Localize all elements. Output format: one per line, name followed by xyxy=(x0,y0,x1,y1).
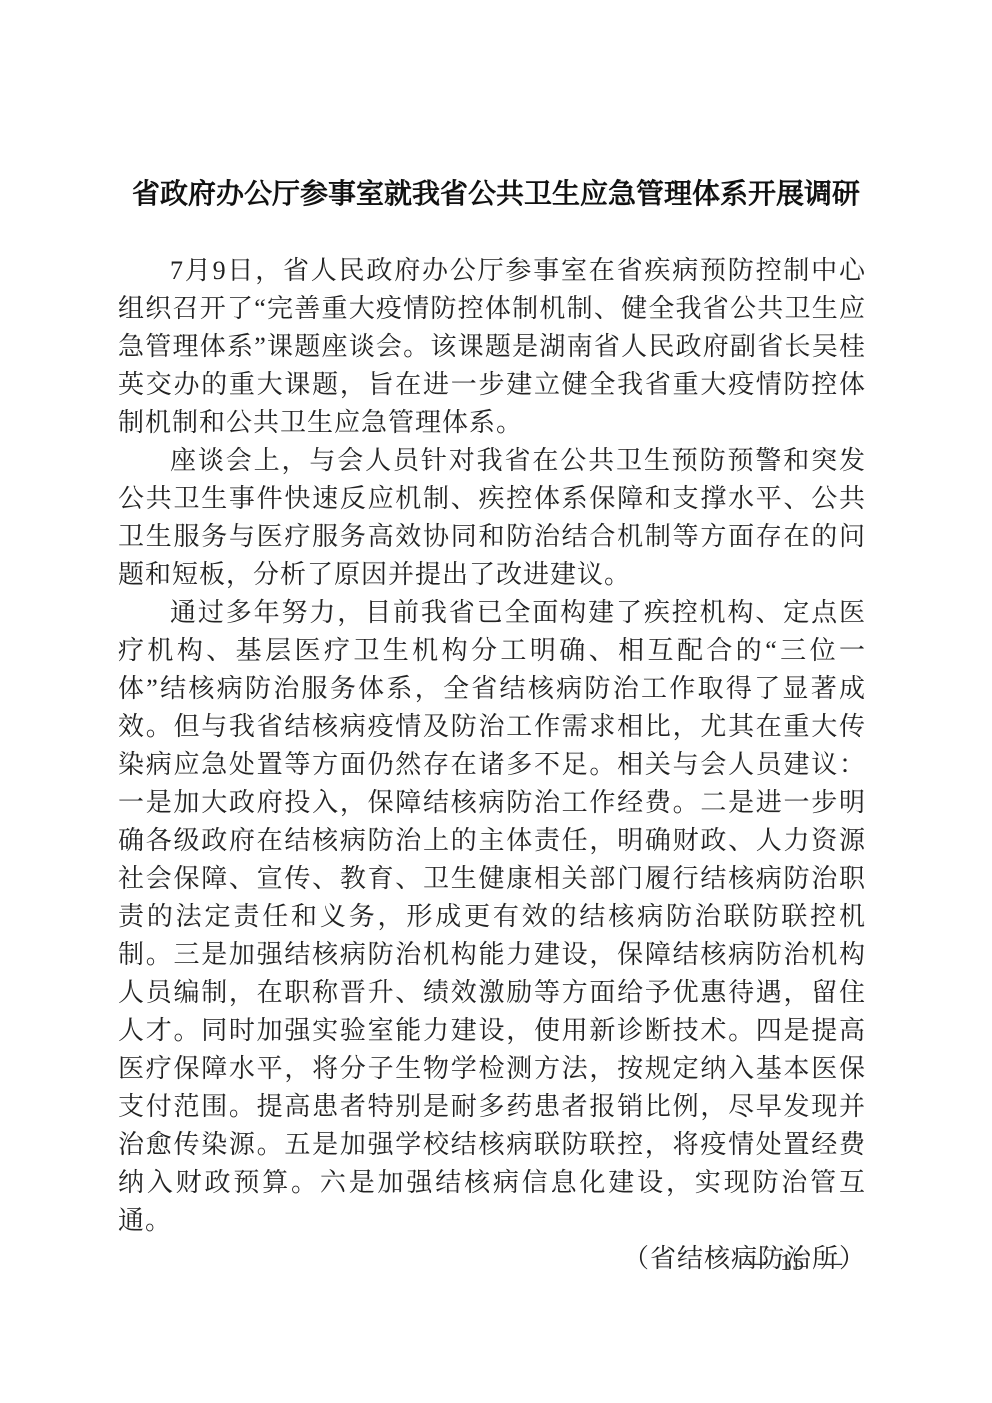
paragraph-discussion-issues: 座谈会上，与会人员针对我省在公共卫生预防预警和突发公共卫生事件快速反应机制、疾控… xyxy=(118,442,866,594)
document-title: 省政府办公厅参事室就我省公共卫生应急管理体系开展调研 xyxy=(60,178,932,210)
paragraph-meeting-overview: 7月9日，省人民政府办公厅参事室在省疾病预防控制中心组织召开了“完善重大疫情防控… xyxy=(118,252,866,442)
page-number-left-dash: — xyxy=(742,1250,766,1276)
document-page: 省政府办公厅参事室就我省公共卫生应急管理体系开展调研 7月9日，省人民政府办公厅… xyxy=(0,0,992,1403)
paragraph-tb-prevention-suggestions: 通过多年努力，目前我省已全面构建了疾控机构、定点医疗机构、基层医疗卫生机构分工明… xyxy=(118,594,866,1240)
page-number-right-dash: — xyxy=(818,1250,842,1276)
document-body: 7月9日，省人民政府办公厅参事室在省疾病预防控制中心组织召开了“完善重大疫情防控… xyxy=(118,252,866,1278)
page-number-value: 15 xyxy=(780,1250,804,1276)
page-number: —15— xyxy=(742,1246,842,1280)
